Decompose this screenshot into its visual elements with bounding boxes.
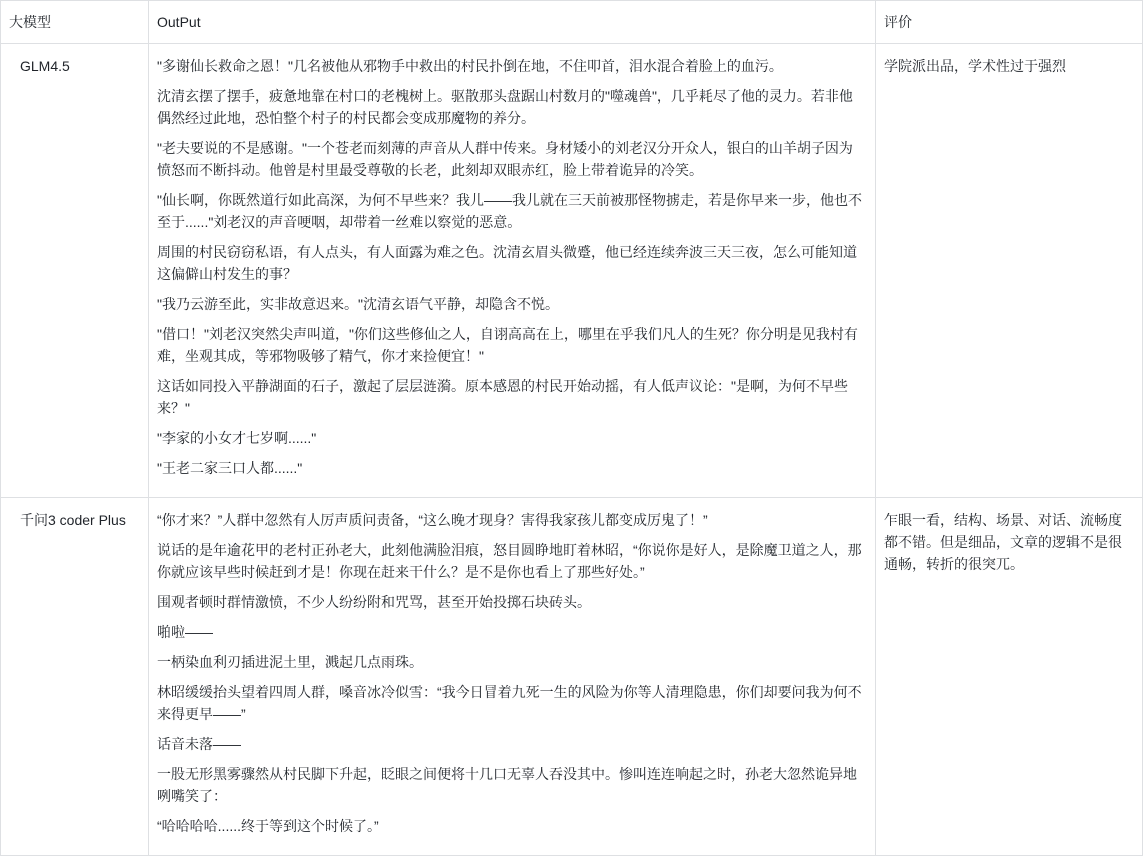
output-paragraph: 这话如同投入平静湖面的石子，激起了层层涟漪。原本感恩的村民开始动摇，有人低声议论… bbox=[157, 375, 865, 419]
output-paragraph: "李家的小女才七岁啊......" bbox=[157, 427, 865, 449]
output-paragraph: 周围的村民窃窃私语，有人点头，有人面露为难之色。沈清玄眉头微蹙，他已经连续奔波三… bbox=[157, 241, 865, 285]
output-paragraph: 说话的是年逾花甲的老村正孙老大，此刻他满脸泪痕，怒目圆睁地盯着林昭，“你说你是好… bbox=[157, 539, 865, 583]
comparison-table: 大模型 OutPut 评价 GLM4.5 "多谢仙长救命之恩！"几名被他从邪物手… bbox=[0, 0, 1143, 856]
output-paragraph: "多谢仙长救命之恩！"几名被他从邪物手中救出的村民扑倒在地，不住叩首，泪水混合着… bbox=[157, 55, 865, 77]
evaluation-cell: 学院派出品，学术性过于强烈 bbox=[876, 44, 1143, 498]
output-paragraph: "老夫要说的不是感谢。"一个苍老而刻薄的声音从人群中传来。身材矮小的刘老汉分开众… bbox=[157, 137, 865, 181]
column-header-evaluation: 评价 bbox=[876, 1, 1143, 44]
output-paragraph: “你才来？”人群中忽然有人厉声质问责备，“这么晚才现身？害得我家孩儿都变成厉鬼了… bbox=[157, 509, 865, 531]
output-paragraph: 林昭缓缓抬头望着四周人群，嗓音冰冷似雪：“我今日冒着九死一生的风险为你等人清理隐… bbox=[157, 681, 865, 725]
output-paragraph: "王老二家三口人都......" bbox=[157, 457, 865, 479]
table-row-qianwen3-coder-plus: 千问3 coder Plus “你才来？”人群中忽然有人厉声质问责备，“这么晚才… bbox=[1, 498, 1143, 856]
output-cell: “你才来？”人群中忽然有人厉声质问责备，“这么晚才现身？害得我家孩儿都变成厉鬼了… bbox=[149, 498, 876, 856]
output-paragraph: 一柄染血利刃插进泥土里，溅起几点雨珠。 bbox=[157, 651, 865, 673]
output-paragraph: "仙长啊，你既然道行如此高深，为何不早些来？我儿——我儿就在三天前被那怪物掳走，… bbox=[157, 189, 865, 233]
model-name-cell: 千问3 coder Plus bbox=[1, 498, 149, 856]
output-cell: "多谢仙长救命之恩！"几名被他从邪物手中救出的村民扑倒在地，不住叩首，泪水混合着… bbox=[149, 44, 876, 498]
output-paragraph: 围观者顿时群情激愤，不少人纷纷附和咒骂，甚至开始投掷石块砖头。 bbox=[157, 591, 865, 613]
output-paragraph: 一股无形黑雾骤然从村民脚下升起，眨眼之间便将十几口无辜人吞没其中。惨叫连连响起之… bbox=[157, 763, 865, 807]
evaluation-cell: 乍眼一看，结构、场景、对话、流畅度都不错。但是细品，文章的逻辑不是很通畅，转折的… bbox=[876, 498, 1143, 856]
header-row: 大模型 OutPut 评价 bbox=[1, 1, 1143, 44]
output-paragraph: 啪啦—— bbox=[157, 621, 865, 643]
output-paragraph: 话音未落—— bbox=[157, 733, 865, 755]
output-paragraph: “哈哈哈哈......终于等到这个时候了。” bbox=[157, 815, 865, 837]
output-paragraph: "我乃云游至此，实非故意迟来。"沈清玄语气平静，却隐含不悦。 bbox=[157, 293, 865, 315]
model-name-cell: GLM4.5 bbox=[1, 44, 149, 498]
table-row-glm45: GLM4.5 "多谢仙长救命之恩！"几名被他从邪物手中救出的村民扑倒在地，不住叩… bbox=[1, 44, 1143, 498]
output-paragraph: 沈清玄摆了摆手，疲惫地靠在村口的老槐树上。驱散那头盘踞山村数月的"噬魂兽"，几乎… bbox=[157, 85, 865, 129]
column-header-output: OutPut bbox=[149, 1, 876, 44]
column-header-model: 大模型 bbox=[1, 1, 149, 44]
output-paragraph: "借口！"刘老汉突然尖声叫道，"你们这些修仙之人，自诩高高在上，哪里在乎我们凡人… bbox=[157, 323, 865, 367]
